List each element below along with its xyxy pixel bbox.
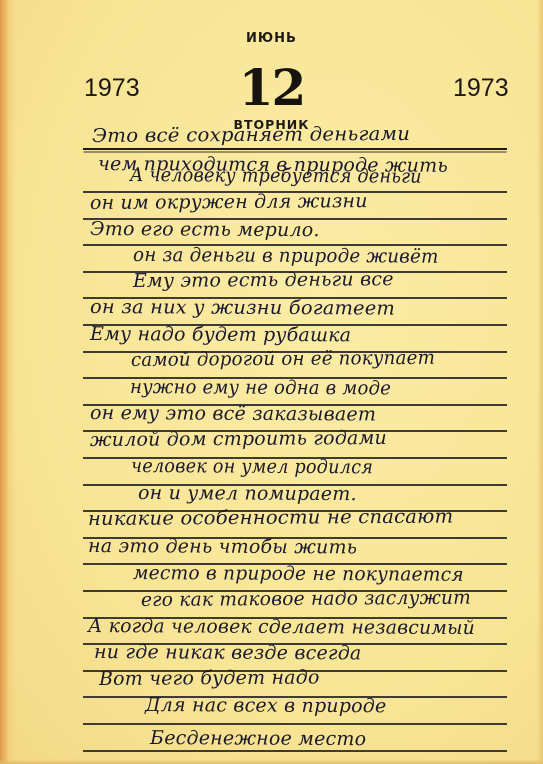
handwritten-line: он за них у жизни богатеет <box>90 296 395 320</box>
handwritten-line: место в природе не покупается <box>133 562 464 586</box>
handwritten-line: Вот чего будет надо <box>99 666 320 690</box>
year-right: 1973 <box>453 74 509 103</box>
handwritten-line: Бесденежное место <box>150 727 366 750</box>
ruled-line <box>83 723 507 725</box>
handwritten-line: ни где никак везде всегда <box>94 641 362 664</box>
handwritten-line: самой дорогой он её покупает <box>131 347 435 371</box>
handwritten-line: он им окружен для жизни <box>90 190 368 214</box>
handwritten-line: он и умел помирает. <box>138 482 357 505</box>
handwritten-line: Ему надо будет рубашка <box>90 323 351 346</box>
handwritten-line: человек он умел родился <box>131 455 373 478</box>
handwritten-line: Ему это есть деньги все <box>133 268 394 292</box>
handwritten-line: никакие особенности не спасают <box>88 506 454 530</box>
handwritten-line: Для нас всех в природе <box>145 694 387 717</box>
ruled-line <box>83 750 507 752</box>
month-label: ИЮНЬ <box>0 31 543 46</box>
handwritten-line: его как таковое надо заслужит <box>141 587 471 611</box>
handwritten-line: он ему это всё заказывает <box>90 402 376 425</box>
handwritten-line: на это день чтобы жить <box>88 535 357 558</box>
handwritten-line: А когда человек сделает незавсимый <box>88 615 475 639</box>
handwritten-line: он за деньги в природе живёт <box>133 244 439 268</box>
handwritten-line: Это его есть мерило. <box>90 218 320 241</box>
handwritten-line: нужно ему не одна в моде <box>130 376 391 399</box>
ruled-line <box>83 148 507 150</box>
page-edge-bottom <box>0 759 543 764</box>
handwritten-line: жилой дом строить годами <box>90 427 387 451</box>
handwritten-line: Это всё сохраняет деньгами <box>92 123 410 147</box>
handwritten-line: А человеку требуется деньги <box>130 164 422 188</box>
